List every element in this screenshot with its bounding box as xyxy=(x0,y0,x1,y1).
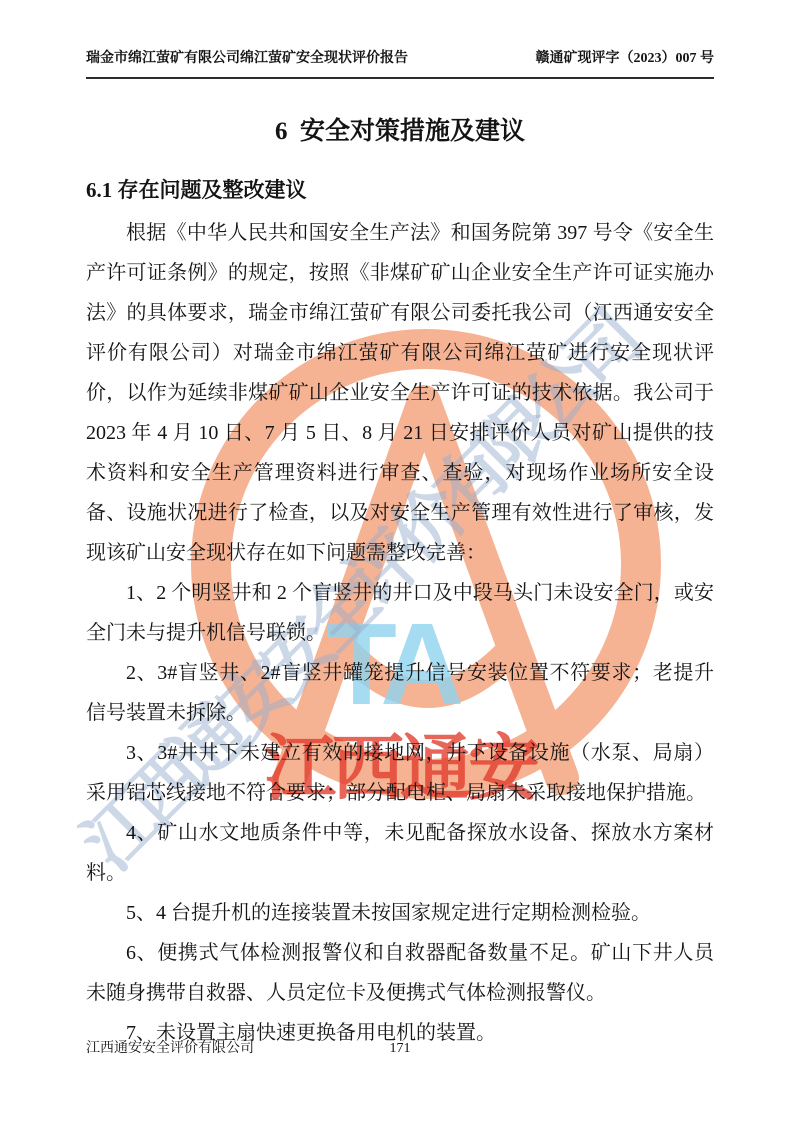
issue-item-1: 1、2 个明竖井和 2 个盲竖井的井口及中段马头门未设安全门，或安全门未与提升机… xyxy=(86,573,714,653)
footer-page-number: 171 xyxy=(0,1040,800,1058)
page-content: 瑞金市绵江萤矿有限公司绵江萤矿安全现状评价报告 赣通矿现评字（2023）007 … xyxy=(0,0,800,1053)
header-report-title: 瑞金市绵江萤矿有限公司绵江萤矿安全现状评价报告 xyxy=(86,50,408,68)
page-header: 瑞金市绵江萤矿有限公司绵江萤矿安全现状评价报告 赣通矿现评字（2023）007 … xyxy=(86,0,714,79)
header-document-number: 赣通矿现评字（2023）007 号 xyxy=(536,50,715,68)
chapter-title: 6 安全对策措施及建议 xyxy=(86,111,714,147)
body-text: 根据《中华人民共和国安全生产法》和国务院第 397 号令《安全生产许可证条例》的… xyxy=(86,213,714,1053)
document-page: TA 江西通安安全评价有限公司 江西通安 瑞金市绵江萤矿有限公司绵江萤矿安全现状… xyxy=(0,0,800,1131)
issue-item-3: 3、3#井井下未建立有效的接地网，井下设备设施（水泵、局扇）采用铝芯线接地不符合… xyxy=(86,733,714,813)
issue-item-5: 5、4 台提升机的连接装置未按国家规定进行定期检测检验。 xyxy=(86,893,714,933)
section-heading: 6.1 存在问题及整改建议 xyxy=(86,174,714,204)
issue-item-4: 4、矿山水文地质条件中等，未见配备探放水设备、探放水方案材料。 xyxy=(86,813,714,893)
issue-item-2: 2、3#盲竖井、2#盲竖井罐笼提升信号安装位置不符要求；老提升信号装置未拆除。 xyxy=(86,653,714,733)
issue-item-6: 6、便携式气体检测报警仪和自救器配备数量不足。矿山下井人员未随身携带自救器、人员… xyxy=(86,933,714,1013)
intro-paragraph: 根据《中华人民共和国安全生产法》和国务院第 397 号令《安全生产许可证条例》的… xyxy=(86,213,714,573)
